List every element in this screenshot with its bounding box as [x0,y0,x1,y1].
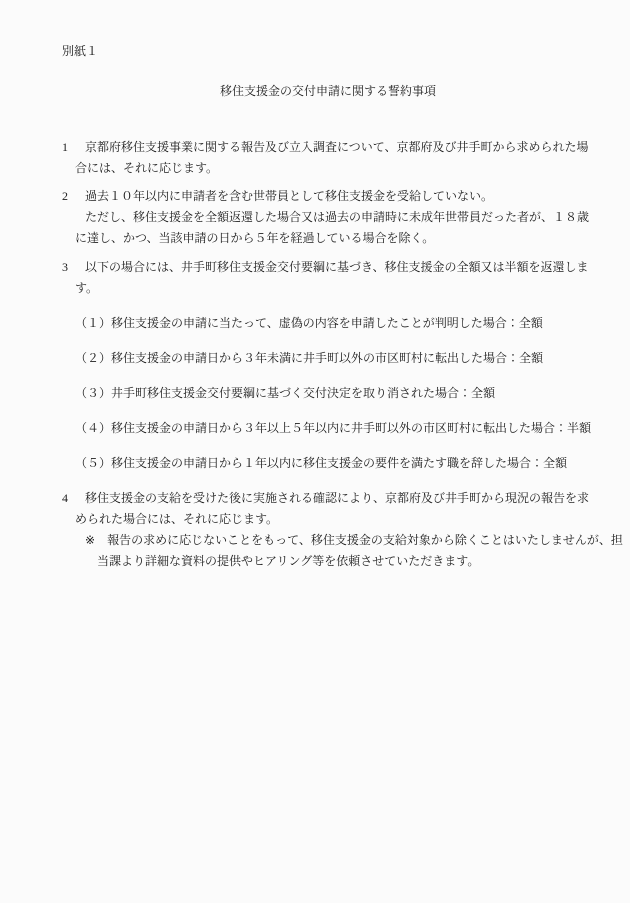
pledge-item-2: 2過去１０年以内に申請者を含む世帯員として移住支援金を受給していない。 ただし、… [62,186,594,249]
pledge-item-4-paragraph: 4移住支援金の支給を受けた後に実施される確認により、京都府及び井手町から現況の報… [62,488,594,530]
refund-case-5: （５）移住支援金の申請日から１年以内に移住支援金の要件を満たす職を辞した場合：全… [62,453,594,474]
item-number: 2 [62,186,85,207]
refund-case-2: （２）移住支援金の申請日から３年未満に井手町以外の市区町村に転出した場合：全額 [62,348,594,369]
item-text: 過去１０年以内に申請者を含む世帯員として移住支援金を受給していない。 [85,189,493,203]
item-text: 以下の場合には、井手町移住支援金交付要綱に基づき、移住支援金の全額又は半額を返還… [75,260,589,295]
item-number: 3 [62,257,85,278]
item-text: 京都府移住支援事業に関する報告及び立入調査について、京都府及び井手町から求められ… [75,140,589,175]
reference-mark: ※ [85,533,95,547]
attachment-label: 別紙１ [62,41,594,62]
refund-case-1: （１）移住支援金の申請に当たって、虚偽の内容を申請したことが判明した場合：全額 [62,313,594,334]
subitem-text: 井手町移住支援金交付要綱に基づく交付決定を取り消された場合：全額 [111,386,495,400]
pledge-item-4: 4移住支援金の支給を受けた後に実施される確認により、京都府及び井手町から現況の報… [62,488,594,572]
pledge-item-2-paragraph: 2過去１０年以内に申請者を含む世帯員として移住支援金を受給していない。 [62,186,594,207]
pledge-item-3: 3以下の場合には、井手町移住支援金交付要綱に基づき、移住支援金の全額又は半額を返… [62,257,594,474]
item-text: 移住支援金の支給を受けた後に実施される確認により、京都府及び井手町から現況の報告… [75,491,589,526]
subitem-text: 移住支援金の申請日から３年以上５年以内に井手町以外の市区町村に転出した場合：半額 [111,421,591,435]
refund-case-3: （３）井手町移住支援金交付要綱に基づく交付決定を取り消された場合：全額 [62,383,594,404]
subitem-label: （５） [75,456,111,470]
subitem-text: 移住支援金の申請に当たって、虚偽の内容を申請したことが判明した場合：全額 [111,316,543,330]
subitem-label: （３） [75,386,111,400]
document-content: 別紙１ 移住支援金の交付申請に関する誓約事項 1京都府移住支援事業に関する報告及… [0,0,630,572]
refund-case-4: （４）移住支援金の申請日から３年以上５年以内に井手町以外の市区町村に転出した場合… [62,418,594,439]
subitem-text: 移住支援金の申請日から３年未満に井手町以外の市区町村に転出した場合：全額 [111,351,543,365]
pledge-item-3-paragraph: 3以下の場合には、井手町移住支援金交付要綱に基づき、移住支援金の全額又は半額を返… [62,257,594,299]
subitem-label: （１） [75,316,111,330]
pledge-item-2-proviso: ただし、移住支援金を全額返還した場合又は過去の申請時に未成年世帯員だった者が、１… [62,207,594,249]
subitem-label: （４） [75,421,111,435]
pledge-item-4-note: ※報告の求めに応じないことをもって、移住支援金の支給対象から除くことはいたしませ… [62,530,624,572]
pledge-item-1-paragraph: 1京都府移住支援事業に関する報告及び立入調査について、京都府及び井手町から求めら… [62,137,594,179]
pledge-item-1: 1京都府移住支援事業に関する報告及び立入調査について、京都府及び井手町から求めら… [62,137,594,179]
document-title: 移住支援金の交付申請に関する誓約事項 [62,81,594,102]
item-number: 1 [62,137,85,158]
subitem-text: 移住支援金の申請日から１年以内に移住支援金の要件を満たす職を辞した場合：全額 [111,456,567,470]
note-text: 報告の求めに応じないことをもって、移住支援金の支給対象から除くことはいたしません… [97,533,623,568]
item-number: 4 [62,488,85,509]
subitem-label: （２） [75,351,111,365]
document-page: 別紙１ 移住支援金の交付申請に関する誓約事項 1京都府移住支援事業に関する報告及… [0,0,630,903]
